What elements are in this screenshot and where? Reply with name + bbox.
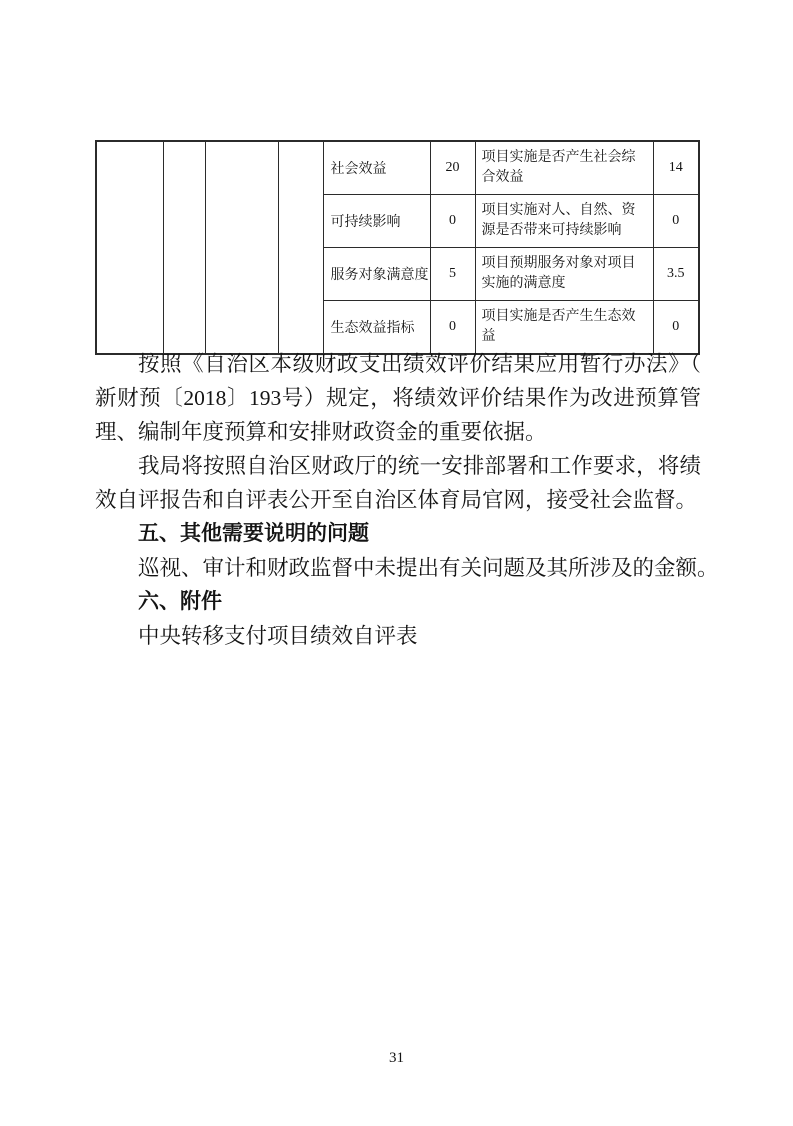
paragraph-2-line-2: 效自评报告和自评表公开至自治区体育局官网，接受社会监督。 — [95, 483, 701, 517]
paragraph-1-line-1: 按照《自治区本级财政支出绩效评价结果应用暂行办法》（ — [95, 347, 701, 381]
indicator-cell: 社会效益 — [323, 141, 430, 195]
score-cell: 0 — [653, 195, 699, 248]
score-cell: 3.5 — [653, 248, 699, 301]
empty-cell — [278, 141, 323, 354]
description-cell: 项目预期服务对象对项目实施的满意度 — [475, 248, 653, 301]
body-text: 按照《自治区本级财政支出绩效评价结果应用暂行办法》（ 新财预〔2018〕193号… — [95, 347, 701, 653]
performance-score-table: 社会效益 20 项目实施是否产生社会综合效益 14 可持续影响 0 项目实施对人… — [95, 140, 700, 355]
score-cell: 14 — [653, 141, 699, 195]
weight-cell: 0 — [430, 195, 475, 248]
indicator-cell: 生态效益指标 — [323, 301, 430, 355]
paragraph-1-line-3: 理、编制年度预算和安排财政资金的重要依据。 — [95, 415, 701, 449]
description-cell: 项目实施是否产生社会综合效益 — [475, 141, 653, 195]
page-number: 31 — [0, 1050, 793, 1067]
table-row: 社会效益 20 项目实施是否产生社会综合效益 14 — [96, 141, 699, 195]
empty-cell — [96, 141, 163, 354]
paragraph-1-line-2: 新财预〔2018〕193号）规定，将绩效评价结果作为改进预算管 — [95, 381, 701, 415]
indicator-cell: 可持续影响 — [323, 195, 430, 248]
score-cell: 0 — [653, 301, 699, 355]
indicator-cell: 服务对象满意度 — [323, 248, 430, 301]
paragraph-2-line-1: 我局将按照自治区财政厅的统一安排部署和工作要求，将绩 — [95, 449, 701, 483]
weight-cell: 0 — [430, 301, 475, 355]
description-cell: 项目实施是否产生生态效益 — [475, 301, 653, 355]
weight-cell: 5 — [430, 248, 475, 301]
section-heading-5: 五、其他需要说明的问题 — [95, 517, 701, 551]
empty-cell — [205, 141, 278, 354]
section-heading-6: 六、附件 — [95, 585, 701, 619]
paragraph-5: 巡视、审计和财政监督中未提出有关问题及其所涉及的金额。 — [95, 551, 701, 585]
paragraph-6-attachment: 中央转移支付项目绩效自评表 — [95, 619, 701, 653]
description-cell: 项目实施对人、自然、资源是否带来可持续影响 — [475, 195, 653, 248]
weight-cell: 20 — [430, 141, 475, 195]
document-page: 社会效益 20 项目实施是否产生社会综合效益 14 可持续影响 0 项目实施对人… — [0, 0, 793, 1126]
empty-cell — [163, 141, 205, 354]
